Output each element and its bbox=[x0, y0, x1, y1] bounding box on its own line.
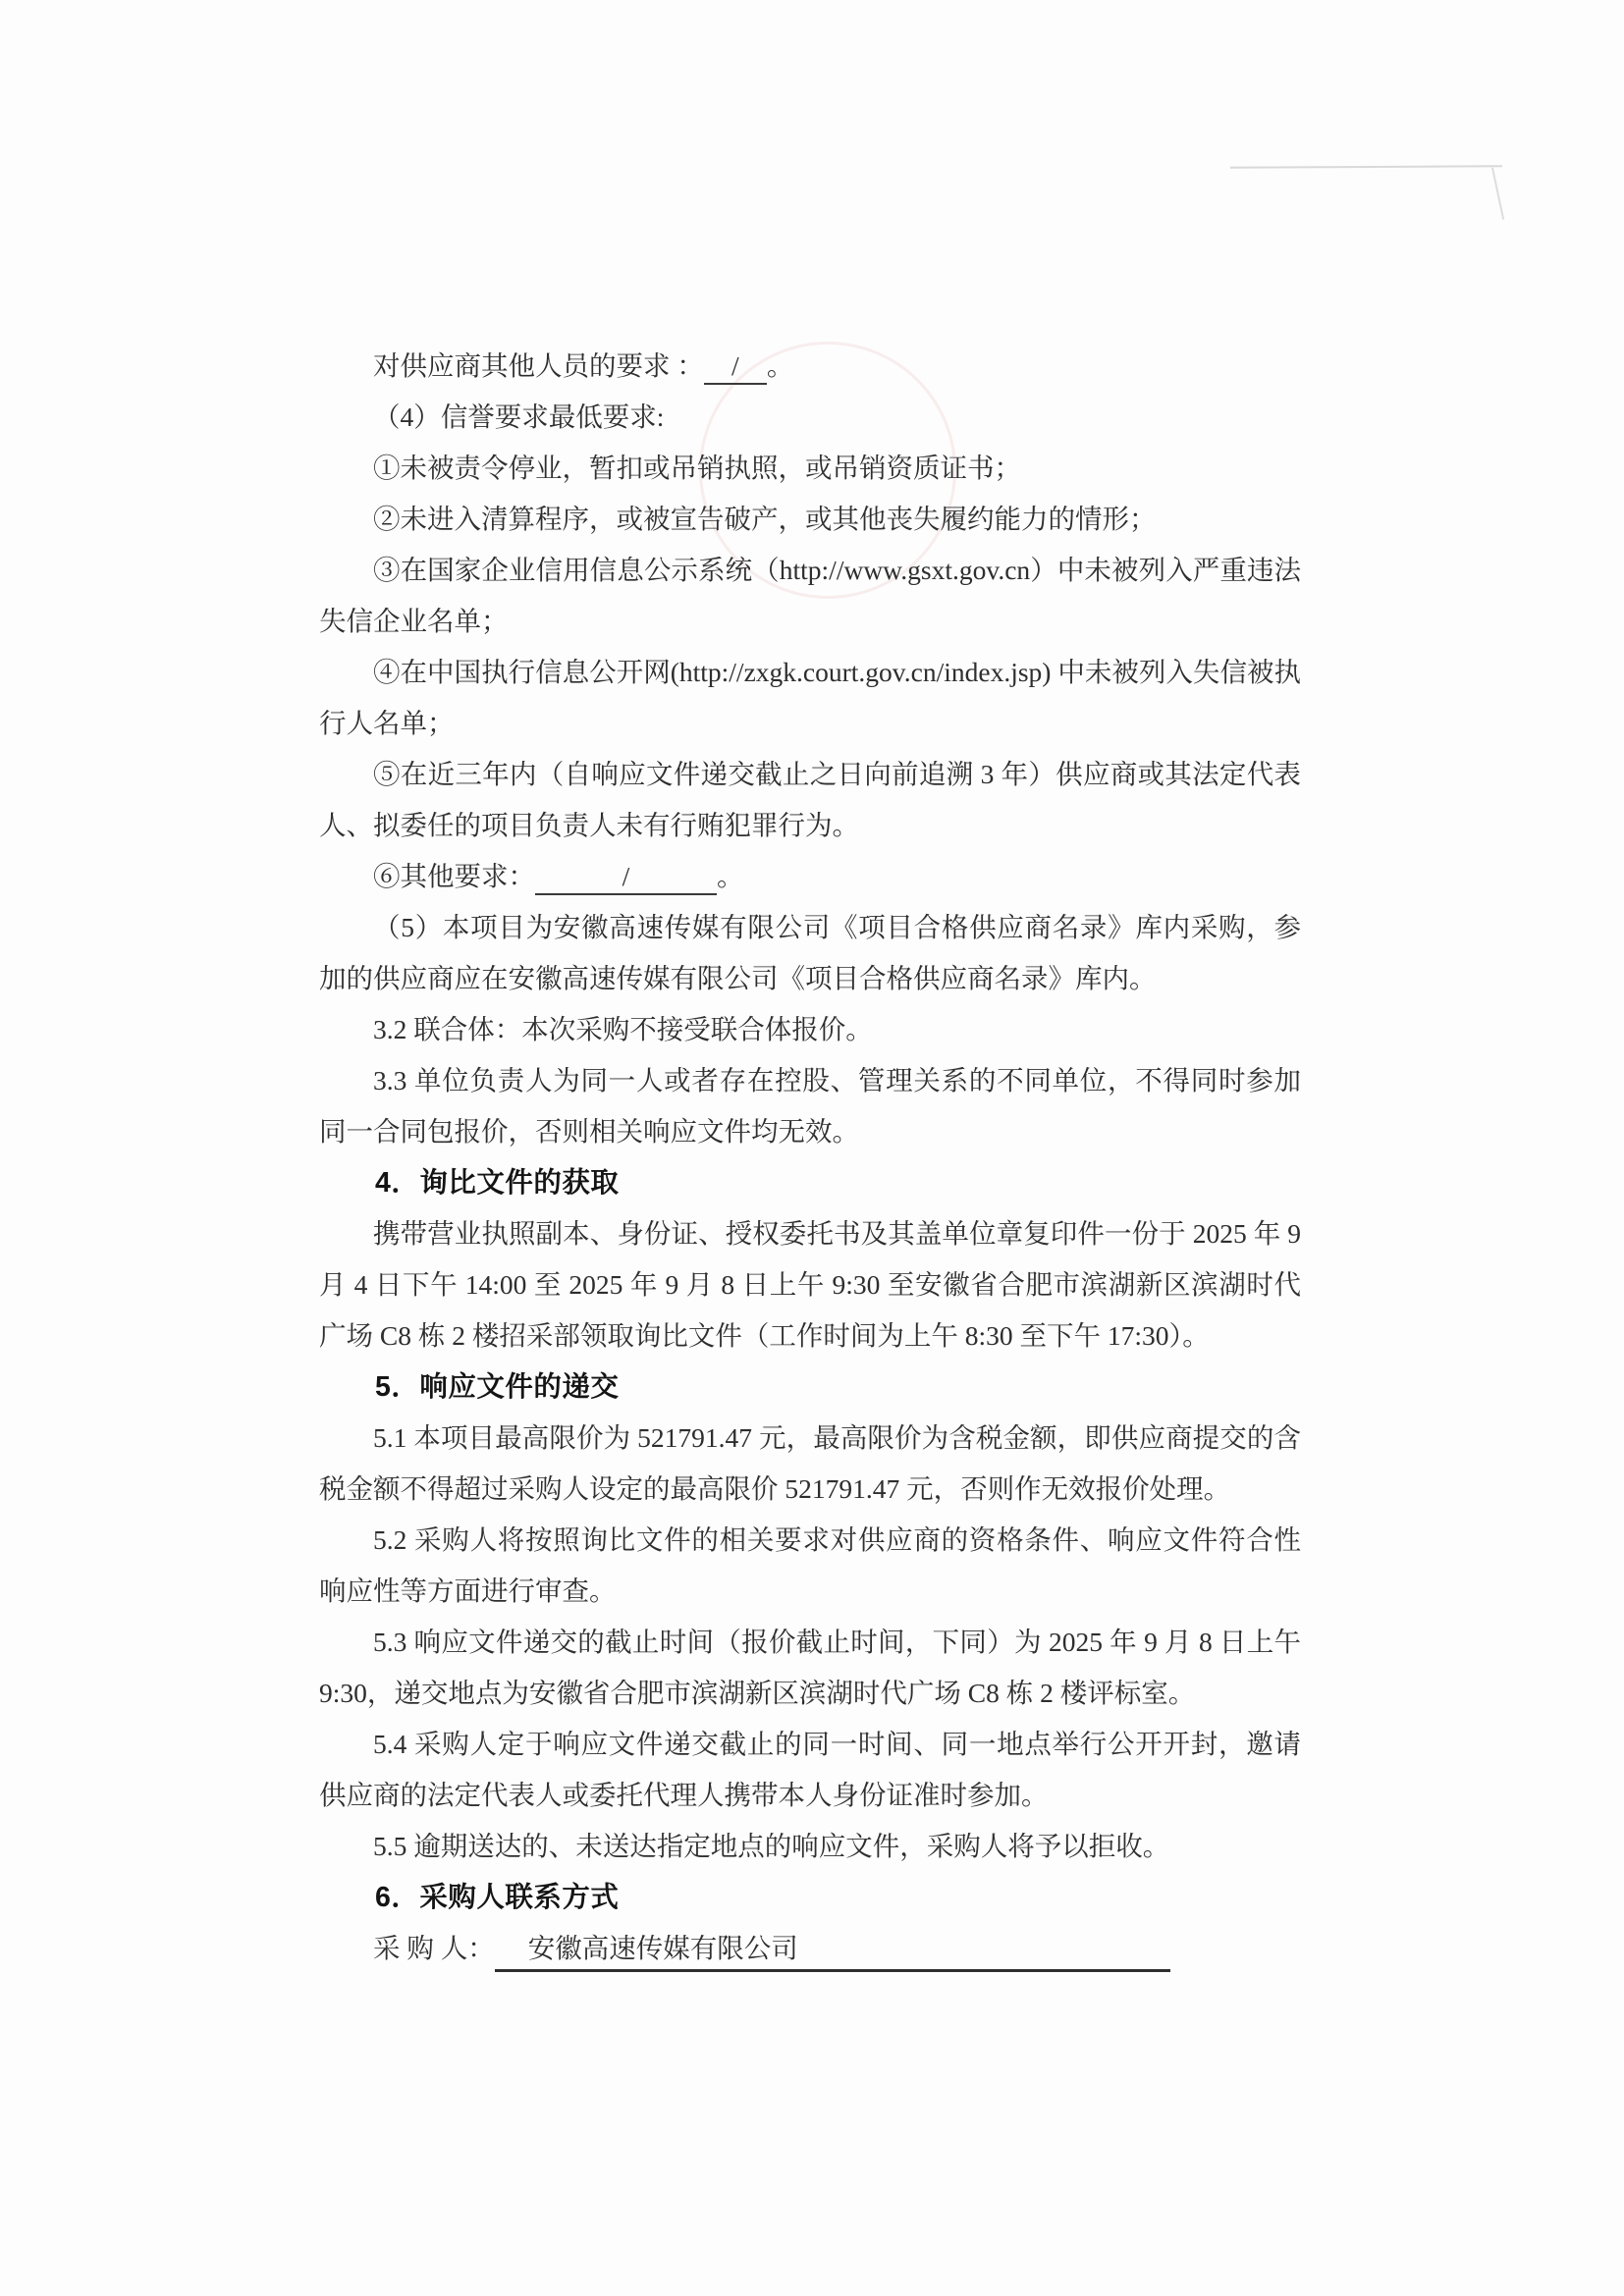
text-run: 5.4 采购人定于响应文件递交截止的同一时间、同一地点举行公开开封，邀请供应商的… bbox=[319, 1729, 1301, 1810]
text-run: 。 bbox=[767, 350, 794, 381]
text-run: ①未被责令停业，暂扣或吊销执照，或吊销资质证书； bbox=[373, 453, 1021, 483]
paragraph: ⑤在近三年内（自响应文件递交截止之日向前追溯 3 年）供应商或其法定代表人、拟委… bbox=[319, 749, 1301, 851]
text-run: 5.5 逾期送达的、未送达指定地点的响应文件，采购人将予以拒收。 bbox=[373, 1831, 1169, 1861]
text-run: 对供应商其他人员的要求 ： bbox=[373, 350, 704, 381]
purchaser-name-field: 安徽高速传媒有限公司 bbox=[495, 1929, 1170, 1972]
text-run: 采 购 人： bbox=[373, 1933, 495, 1963]
paragraph: ②未进入清算程序，或被宣告破产，或其他丧失履约能力的情形； bbox=[319, 494, 1301, 545]
text-run: 3.3 单位负责人为同一人或者存在控股、管理关系的不同单位，不得同时参加同一合同… bbox=[319, 1065, 1301, 1147]
paragraph: ③在国家企业信用信息公示系统（http://www.gsxt.gov.cn）中未… bbox=[319, 545, 1301, 647]
document-body: 对供应商其他人员的要求 ：/。（4）信誉要求最低要求:①未被责令停业，暂扣或吊销… bbox=[319, 341, 1301, 1974]
text-run: （5）本项目为安徽高速传媒有限公司《项目合格供应商名录》库内采购，参加的供应商应… bbox=[319, 912, 1301, 993]
text-run: ②未进入清算程序，或被宣告破产，或其他丧失履约能力的情形； bbox=[373, 504, 1157, 534]
paragraph: ⑥其他要求：/。 bbox=[319, 851, 1301, 902]
text-run: 。 bbox=[717, 861, 744, 891]
text-run: 5．响应文件的递交 bbox=[375, 1371, 619, 1403]
text-run: ⑤在近三年内（自响应文件递交截止之日向前追溯 3 年）供应商或其法定代表人、拟委… bbox=[319, 759, 1301, 840]
section-heading: 6．采购人联系方式 bbox=[319, 1872, 1301, 1923]
paragraph: 携带营业执照副本、身份证、授权委托书及其盖单位章复印件一份于 2025 年 9 … bbox=[319, 1208, 1301, 1362]
text-run: （4）信誉要求最低要求: bbox=[373, 401, 664, 432]
paragraph: 采 购 人：安徽高速传媒有限公司 bbox=[319, 1923, 1301, 1974]
text-run: 5.1 本项目最高限价为 521791.47 元，最高限价为含税金额，即供应商提… bbox=[319, 1422, 1301, 1504]
paragraph: ①未被责令停业，暂扣或吊销执照，或吊销资质证书； bbox=[319, 443, 1301, 494]
paragraph: 5.3 响应文件递交的截止时间（报价截止时间，下同）为 2025 年 9 月 8… bbox=[319, 1617, 1301, 1719]
section-heading: 4．询比文件的获取 bbox=[319, 1157, 1301, 1208]
blank-slash-field: / bbox=[535, 860, 717, 895]
paragraph: 3.2 联合体：本次采购不接受联合体报价。 bbox=[319, 1004, 1301, 1055]
text-run: 6．采购人联系方式 bbox=[375, 1882, 619, 1913]
scan-edge-line bbox=[1230, 165, 1502, 168]
text-run: ③在国家企业信用信息公示系统（http://www.gsxt.gov.cn）中未… bbox=[319, 555, 1301, 636]
paragraph: 5.1 本项目最高限价为 521791.47 元，最高限价为含税金额，即供应商提… bbox=[319, 1413, 1301, 1515]
paragraph: ④在中国执行信息公开网(http://zxgk.court.gov.cn/ind… bbox=[319, 647, 1301, 749]
text-run: ④在中国执行信息公开网(http://zxgk.court.gov.cn/ind… bbox=[319, 657, 1301, 738]
paragraph: （4）信誉要求最低要求: bbox=[319, 392, 1301, 443]
text-run: ⑥其他要求： bbox=[373, 861, 535, 891]
text-run: 4．询比文件的获取 bbox=[375, 1167, 619, 1199]
section-heading: 5．响应文件的递交 bbox=[319, 1362, 1301, 1413]
paragraph: 对供应商其他人员的要求 ：/。 bbox=[319, 341, 1301, 392]
scan-edge-line-diagonal bbox=[1491, 168, 1504, 220]
text-run: 携带营业执照副本、身份证、授权委托书及其盖单位章复印件一份于 2025 年 9 … bbox=[319, 1218, 1301, 1351]
paragraph: 5.4 采购人定于响应文件递交截止的同一时间、同一地点举行公开开封，邀请供应商的… bbox=[319, 1719, 1301, 1821]
text-run: 3.2 联合体：本次采购不接受联合体报价。 bbox=[373, 1014, 873, 1044]
paragraph: 5.5 逾期送达的、未送达指定地点的响应文件，采购人将予以拒收。 bbox=[319, 1821, 1301, 1872]
paragraph: 3.3 单位负责人为同一人或者存在控股、管理关系的不同单位，不得同时参加同一合同… bbox=[319, 1055, 1301, 1157]
paragraph: （5）本项目为安徽高速传媒有限公司《项目合格供应商名录》库内采购，参加的供应商应… bbox=[319, 902, 1301, 1004]
text-run: 5.2 采购人将按照询比文件的相关要求对供应商的资格条件、响应文件符合性响应性等… bbox=[319, 1524, 1301, 1606]
document-page: 对供应商其他人员的要求 ：/。（4）信誉要求最低要求:①未被责令停业，暂扣或吊销… bbox=[0, 0, 1624, 2296]
text-run: 5.3 响应文件递交的截止时间（报价截止时间，下同）为 2025 年 9 月 8… bbox=[319, 1627, 1301, 1708]
blank-slash-field: / bbox=[704, 349, 767, 385]
paragraph: 5.2 采购人将按照询比文件的相关要求对供应商的资格条件、响应文件符合性响应性等… bbox=[319, 1515, 1301, 1617]
